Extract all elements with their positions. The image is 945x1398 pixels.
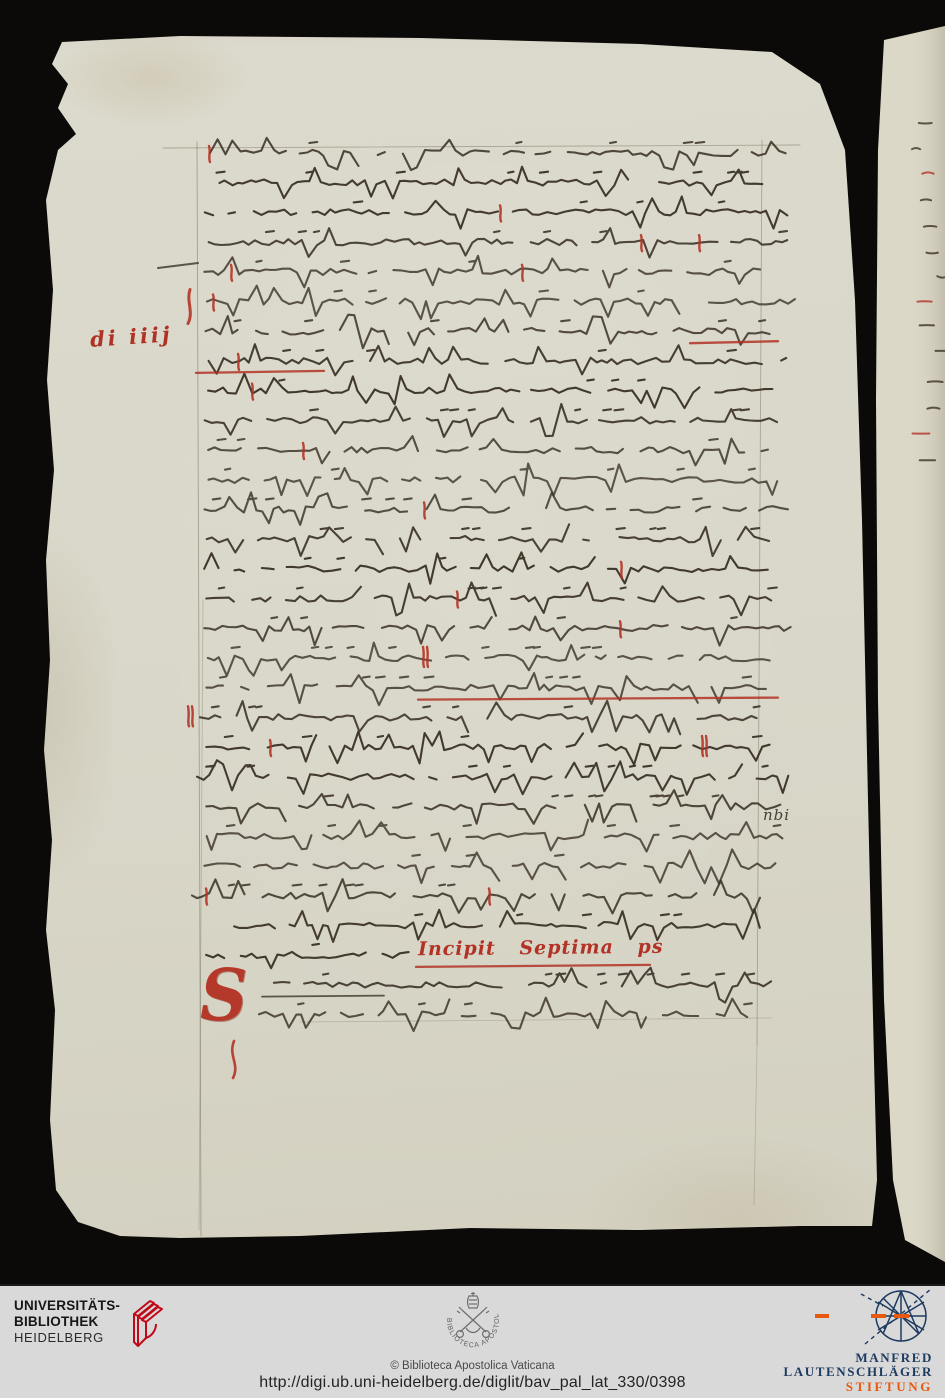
foundation-line3: STIFTUNG [783,1380,933,1394]
lautenschlaeger-logo-icon [793,1288,933,1346]
marginal-note-right: nbi [763,806,790,824]
footer-bar: UNIVERSITÄTS- BIBLIOTHEK HEIDELBERG BIBL… [0,1284,945,1398]
rubric-incipit: Incipit Septima ps [418,936,664,961]
vatican-seal-icon: BIBLIOTECA APOSTOLICA VATICANA [440,1288,506,1354]
foundation-line2: LAUTENSCHLÄGER [783,1365,933,1379]
manuscript-writing [0,0,945,1283]
foundation-line1: MANFRED [783,1351,933,1365]
scan-background: di iiij nbi Incipit Septima ps S UNIVERS… [0,0,945,1398]
lautenschlaeger-logo: MANFRED LAUTENSCHLÄGER STIFTUNG [783,1288,933,1394]
decorated-initial: S [200,959,248,1030]
